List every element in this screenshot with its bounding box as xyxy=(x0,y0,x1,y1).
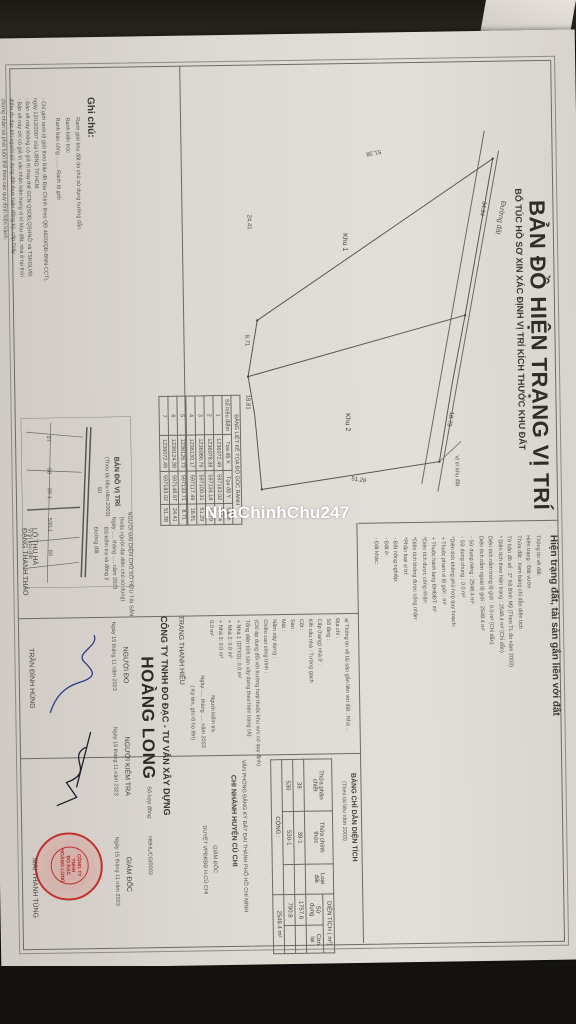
coord-cell: 1236130.17 xyxy=(186,435,196,471)
dim-edge-6: 18.81 xyxy=(244,395,250,410)
surveyor-signature xyxy=(44,627,105,718)
text-line: chứng nhận và phải luôn thể theo các quy… xyxy=(0,98,8,240)
text-line: Mái : xyxy=(280,619,286,631)
area-cell: 530 xyxy=(282,759,294,811)
zone-1-label: Khu 1 xyxy=(341,233,348,251)
document-title: BẢN ĐỒ HIỆN TRẠNG VỊ TRÍ xyxy=(523,200,554,511)
registry-checker: Người kiểm tra xyxy=(209,695,216,732)
text-line: Hiện trạng : Đất vườn xyxy=(525,535,532,588)
coord-cell: 1 xyxy=(213,396,223,435)
role-date: Ngày 15 tháng 11 năm 2023 xyxy=(110,622,117,691)
coord-cell: 1236086.76 xyxy=(195,435,205,471)
text-line: Cột : xyxy=(298,619,304,631)
area-cell xyxy=(283,864,294,894)
text-line: Số tầng : xyxy=(325,618,331,640)
text-line: Chiều cao công trình : xyxy=(262,619,269,673)
coord-cell: 4 xyxy=(186,396,196,435)
area-cell xyxy=(295,926,306,954)
area-subheader: Sử dụng xyxy=(306,894,323,926)
dim-edge-5: 8.71 xyxy=(243,335,249,347)
role-director: GIÁM ĐỐC xyxy=(125,857,133,892)
plot-drawing xyxy=(196,111,512,516)
document-sheet: BẢN ĐỒ HIỆN TRẠNG VỊ TRÍ BỔ TÚC HỒ SƠ XI… xyxy=(0,29,576,968)
owner-date: Ngày ..... tháng ..... năm 2023 xyxy=(110,517,117,590)
coord-cell: 597183.02 xyxy=(214,471,224,504)
area-total-label: CỘNG : xyxy=(271,760,284,895)
area-total-value: 2548.4 m² xyxy=(273,894,285,954)
stamp-inner: CÔNG TYTNHHĐO ĐẠCHOÀNG LONG xyxy=(50,846,89,885)
area-table-title: BẢNG CHỈ DẪN DIỆN TÍCH xyxy=(349,773,357,862)
text-line: + Nhà 3: 0.0 m² xyxy=(217,620,224,658)
watermark: NhaChinhChu247 xyxy=(205,503,349,523)
coord-cell: 18.81 xyxy=(188,504,197,525)
coord-cell: 1236124.38 xyxy=(168,435,178,471)
coord-cell: 597148.97 xyxy=(169,471,179,504)
location-map-road: Đường đất xyxy=(92,527,98,554)
registry-director-sub: DUYỆT VPĐKĐĐ H.CỦ CHI xyxy=(201,825,208,894)
text-line: + Thuộc hành lang ĐHĐĐT: m² xyxy=(430,537,437,612)
parcel-label: 60 xyxy=(47,550,53,556)
text-line: Thông tin về đất: xyxy=(535,535,542,576)
coord-cell: 2 xyxy=(204,396,214,435)
area-header: Thửa phân chiết xyxy=(304,759,333,811)
area-header: Loại đất xyxy=(305,863,333,894)
area-cell xyxy=(294,864,305,894)
parcel-label: 50 xyxy=(96,487,102,493)
coord-header: Tọa độ Y xyxy=(223,471,233,504)
location-map-title: BẢN ĐỒ VỊ TRÍ xyxy=(112,457,120,506)
coord-cell: 1236078.38 xyxy=(204,435,214,471)
name-owner: LÔ THU HÀ xyxy=(30,528,38,565)
company-name: HOÀNG LONG xyxy=(136,656,158,779)
coord-cell: 597183.02 xyxy=(160,472,170,505)
text-line: + Thuộc phạm vi lộ giới : m² xyxy=(440,537,447,605)
registry-branch: CHI NHÁNH HUYỆN CỦ CHI xyxy=(229,775,237,867)
notes-title: Ghi chú: xyxy=(85,97,97,138)
text-line: + Nhà 2: 0.0 m² xyxy=(226,620,233,658)
zone-2-label: Khu 2 xyxy=(344,413,351,431)
parcel-label: 58 xyxy=(45,468,51,474)
text-line: + Nhà 1 (DTXD): 0.0 m² xyxy=(235,620,242,678)
coord-cell: 597100.31 xyxy=(196,471,206,504)
parcel-label: 39-1 xyxy=(46,488,52,499)
role-checker: NGƯỜI KIỂM TRA xyxy=(123,737,131,796)
area-header: Thửa chính thức xyxy=(304,811,333,864)
contract-label: Số hợp đồng: xyxy=(145,786,152,819)
role-surveyor: NGƯỜI ĐO xyxy=(121,647,129,684)
text-line: 0.0 m² xyxy=(208,620,214,636)
registry-date: Ngày ..... tháng ..... năm 2023 xyxy=(199,675,206,748)
role-date: Ngày 15 tháng 11 năm 2023 xyxy=(112,727,119,796)
role-date: Ngày 15 tháng 11 năm 2023 xyxy=(113,837,120,906)
area-cell xyxy=(284,926,295,954)
coord-cell: 597117.49 xyxy=(187,471,197,504)
notes-legend: Ranh bàn công ........ Ranh lộ giới xyxy=(54,118,61,200)
coord-cell: 597134.18 xyxy=(205,471,215,504)
dim-edge-4: 24.41 xyxy=(246,215,252,230)
area-subheader: Còn lại xyxy=(306,925,323,953)
status-title: Hiện trạng đất, tài sản gắn liền với đất xyxy=(548,535,562,716)
text-line: Sàn : xyxy=(289,619,295,632)
coord-cell: 7 xyxy=(159,396,169,435)
registry-sign-note: ( Ký tên, ghi rõ họ tên) xyxy=(189,685,196,740)
area-cell: 1757.6 xyxy=(295,894,306,926)
coord-cell: 51.38 xyxy=(161,505,170,526)
area-cell: 530-1 xyxy=(282,811,294,864)
area-cell: 39 xyxy=(293,759,305,811)
coord-cell: 3 xyxy=(195,396,205,435)
name-director: MAI THANH TÙNG xyxy=(31,858,39,918)
area-table: Thửa phân chiết Thửa chính thức Loại đất… xyxy=(270,758,335,954)
text-line: *Phân loại vị trí: xyxy=(402,537,409,576)
location-map-subtitle: (Theo tài liệu năm 2003) xyxy=(103,457,110,517)
name-drafter: ĐẶNG THANH THẢO xyxy=(20,528,28,596)
coord-cell: 1236072.49 xyxy=(213,435,223,471)
notes-legend: Ranh kiến trúc xyxy=(64,117,71,153)
parcel-label: 530-1 xyxy=(46,518,52,532)
area-header: DIỆN TÍCH ( m²) xyxy=(323,893,335,953)
text-line: - Đất khác: xyxy=(373,538,379,565)
text-line: Cấp (hạng) nhà ở : xyxy=(316,618,323,665)
coord-cell: 6 xyxy=(168,396,178,435)
registry-director: GIÁM ĐỐC xyxy=(211,845,217,873)
background-bottom xyxy=(0,966,576,1024)
checker-signature xyxy=(36,727,107,818)
text-line: - Đất ở: xyxy=(383,537,389,556)
document-photo: BẢN ĐỒ HIỆN TRẠNG VỊ TRÍ BỔ TÚC HỒ SƠ XI… xyxy=(0,29,576,968)
area-cell: 790.8 xyxy=(284,894,295,926)
coord-header: Tọa độ X xyxy=(222,434,232,470)
area-cell: 39-1 xyxy=(293,811,305,864)
text-line: Năm xây dựng : xyxy=(271,619,278,658)
owner-note: Đã kiểm tra và đồng ý xyxy=(102,527,109,581)
name-surveyor: TRẦN ĐÌNH HÙNG xyxy=(27,648,35,709)
parcel-label: 57 xyxy=(45,436,51,442)
name-registry: TRANG THANH HIẾU xyxy=(177,616,185,685)
area-table-subtitle: (Theo tài liệu năm 2003) xyxy=(340,781,347,841)
coord-cell: 1236072.49 xyxy=(159,435,169,471)
text-line: *Diện tích được công nhận: xyxy=(421,537,428,604)
coord-cell: 24.41 xyxy=(170,504,179,525)
text-line: Địa chỉ : xyxy=(334,618,340,638)
coord-header: Số hiệu điểm xyxy=(222,395,232,434)
text-line: - Đất nông nghiệp: xyxy=(392,537,399,582)
text-line: - Sử dụng riêng : 2548.4 m² xyxy=(468,536,475,604)
contract-number: HĐHL/CG/0003 xyxy=(146,836,153,875)
plot-ref-label: Vị trí khu đất xyxy=(453,455,459,486)
text-line: - Sử dụng chung : 0.0 m² xyxy=(459,536,466,597)
text-line: Kết cấu nhà : Tường gạch xyxy=(307,619,314,683)
